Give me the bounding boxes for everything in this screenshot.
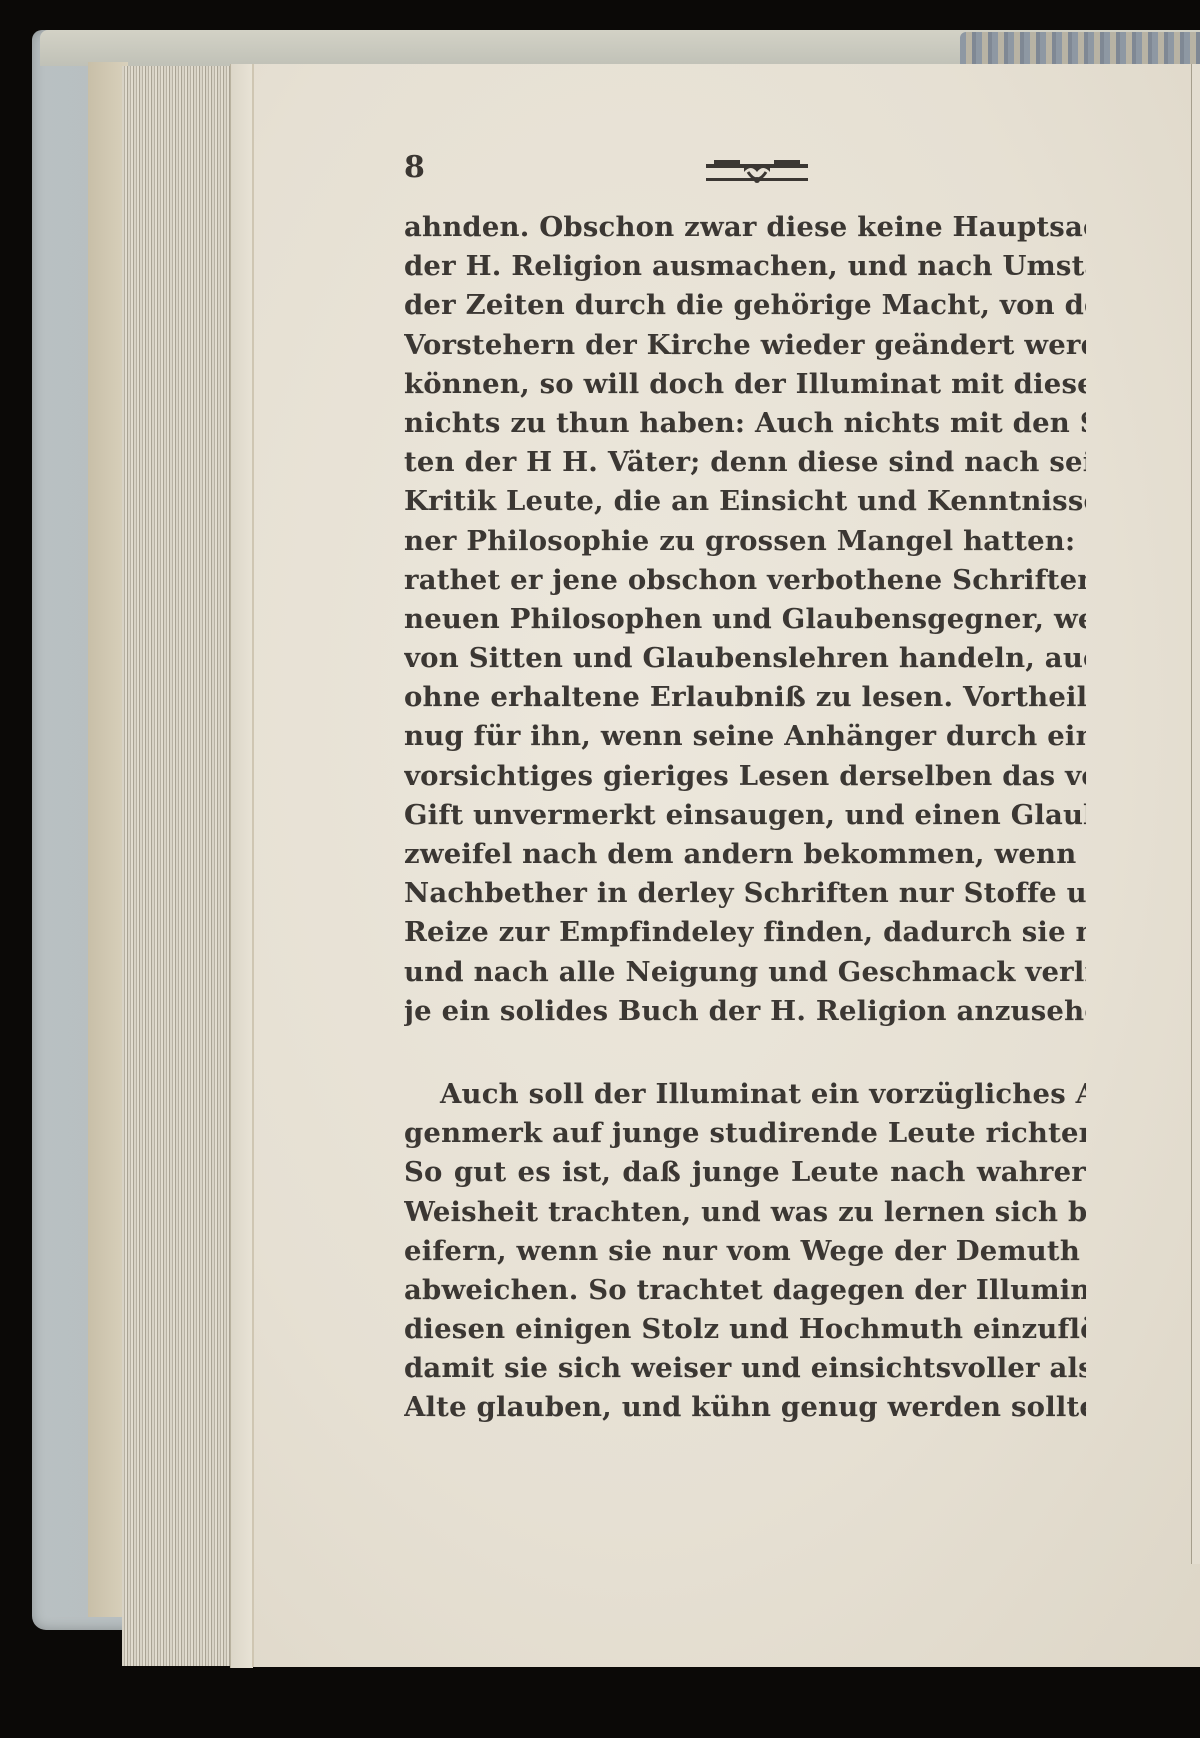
text-line: damit sie sich weiser und einsichtsvolle… bbox=[404, 1349, 1086, 1388]
header-ornament-icon bbox=[704, 158, 810, 186]
text-line: genmerk auf junge studirende Leute richt… bbox=[404, 1114, 1086, 1153]
text-line: rathet er jene obschon verbothene Schrif… bbox=[404, 561, 1086, 600]
text-line: neuen Philosophen und Glaubensgegner, we… bbox=[404, 600, 1086, 639]
text-line: können, so will doch der Illuminat mit d… bbox=[404, 365, 1086, 404]
paragraph-1: ahnden. Obschon zwar diese keine Hauptsa… bbox=[404, 208, 1086, 1031]
text-line: Weisheit trachten, und was zu lernen sic… bbox=[404, 1193, 1086, 1232]
text-line: nichts zu thun haben: Auch nichts mit de… bbox=[404, 404, 1086, 443]
text-line: Alte glauben, und kühn genug werden soll… bbox=[404, 1388, 1086, 1427]
text-line: Vorstehern der Kirche wieder geändert we… bbox=[404, 326, 1086, 365]
text-line: Gift unvermerkt einsaugen, und einen Gla… bbox=[404, 796, 1086, 835]
body-text: ahnden. Obschon zwar diese keine Hauptsa… bbox=[404, 208, 1086, 1428]
text-line: ner Philosophie zu grossen Mangel hatten… bbox=[404, 522, 1086, 561]
text-line: Auch soll der Illuminat ein vorzügliches… bbox=[404, 1075, 1086, 1114]
page-number: 8 bbox=[404, 150, 425, 185]
text-line: vorsichtiges gieriges Lesen derselben da… bbox=[404, 757, 1086, 796]
book-headband bbox=[960, 32, 1200, 64]
text-line: von Sitten und Glaubenslehren handeln, a… bbox=[404, 639, 1086, 678]
text-line: ohne erhaltene Erlaubniß zu lesen. Vorth… bbox=[404, 678, 1086, 717]
paragraph-2: Auch soll der Illuminat ein vorzügliches… bbox=[404, 1075, 1086, 1428]
text-line: Nachbether in derley Schriften nur Stoff… bbox=[404, 874, 1086, 913]
text-line: diesen einigen Stolz und Hochmuth einzuf… bbox=[404, 1310, 1086, 1349]
text-line: eifern, wenn sie nur vom Wege der Demuth… bbox=[404, 1232, 1086, 1271]
paragraph-spacer bbox=[404, 1031, 1086, 1075]
text-line: nug für ihn, wenn seine Anhänger durch e… bbox=[404, 717, 1086, 756]
page-edges-stack bbox=[122, 66, 232, 1666]
text-line: Reize zur Empfindeley finden, dadurch si… bbox=[404, 913, 1086, 952]
page-gutter bbox=[230, 64, 253, 1668]
running-header: 8 bbox=[404, 150, 1086, 190]
text-line: der Zeiten durch die gehörige Macht, von… bbox=[404, 286, 1086, 325]
text-line: und nach alle Neigung und Geschmack verl… bbox=[404, 953, 1086, 992]
text-line: ten der H H. Väter; denn diese sind nach… bbox=[404, 443, 1086, 482]
text-line: je ein solides Buch der H. Religion anzu… bbox=[404, 992, 1086, 1031]
page-right-edge bbox=[1191, 64, 1200, 1564]
text-line: der H. Religion ausmachen, und nach Umst… bbox=[404, 247, 1086, 286]
text-line: Kritik Leute, die an Einsicht und Kenntn… bbox=[404, 482, 1086, 521]
text-line: ahnden. Obschon zwar diese keine Hauptsa… bbox=[404, 208, 1086, 247]
text-line: So gut es ist, daß junge Leute nach wahr… bbox=[404, 1153, 1086, 1192]
text-line: zweifel nach dem andern bekommen, wenn s… bbox=[404, 835, 1086, 874]
text-line: abweichen. So trachtet dagegen der Illum… bbox=[404, 1271, 1086, 1310]
